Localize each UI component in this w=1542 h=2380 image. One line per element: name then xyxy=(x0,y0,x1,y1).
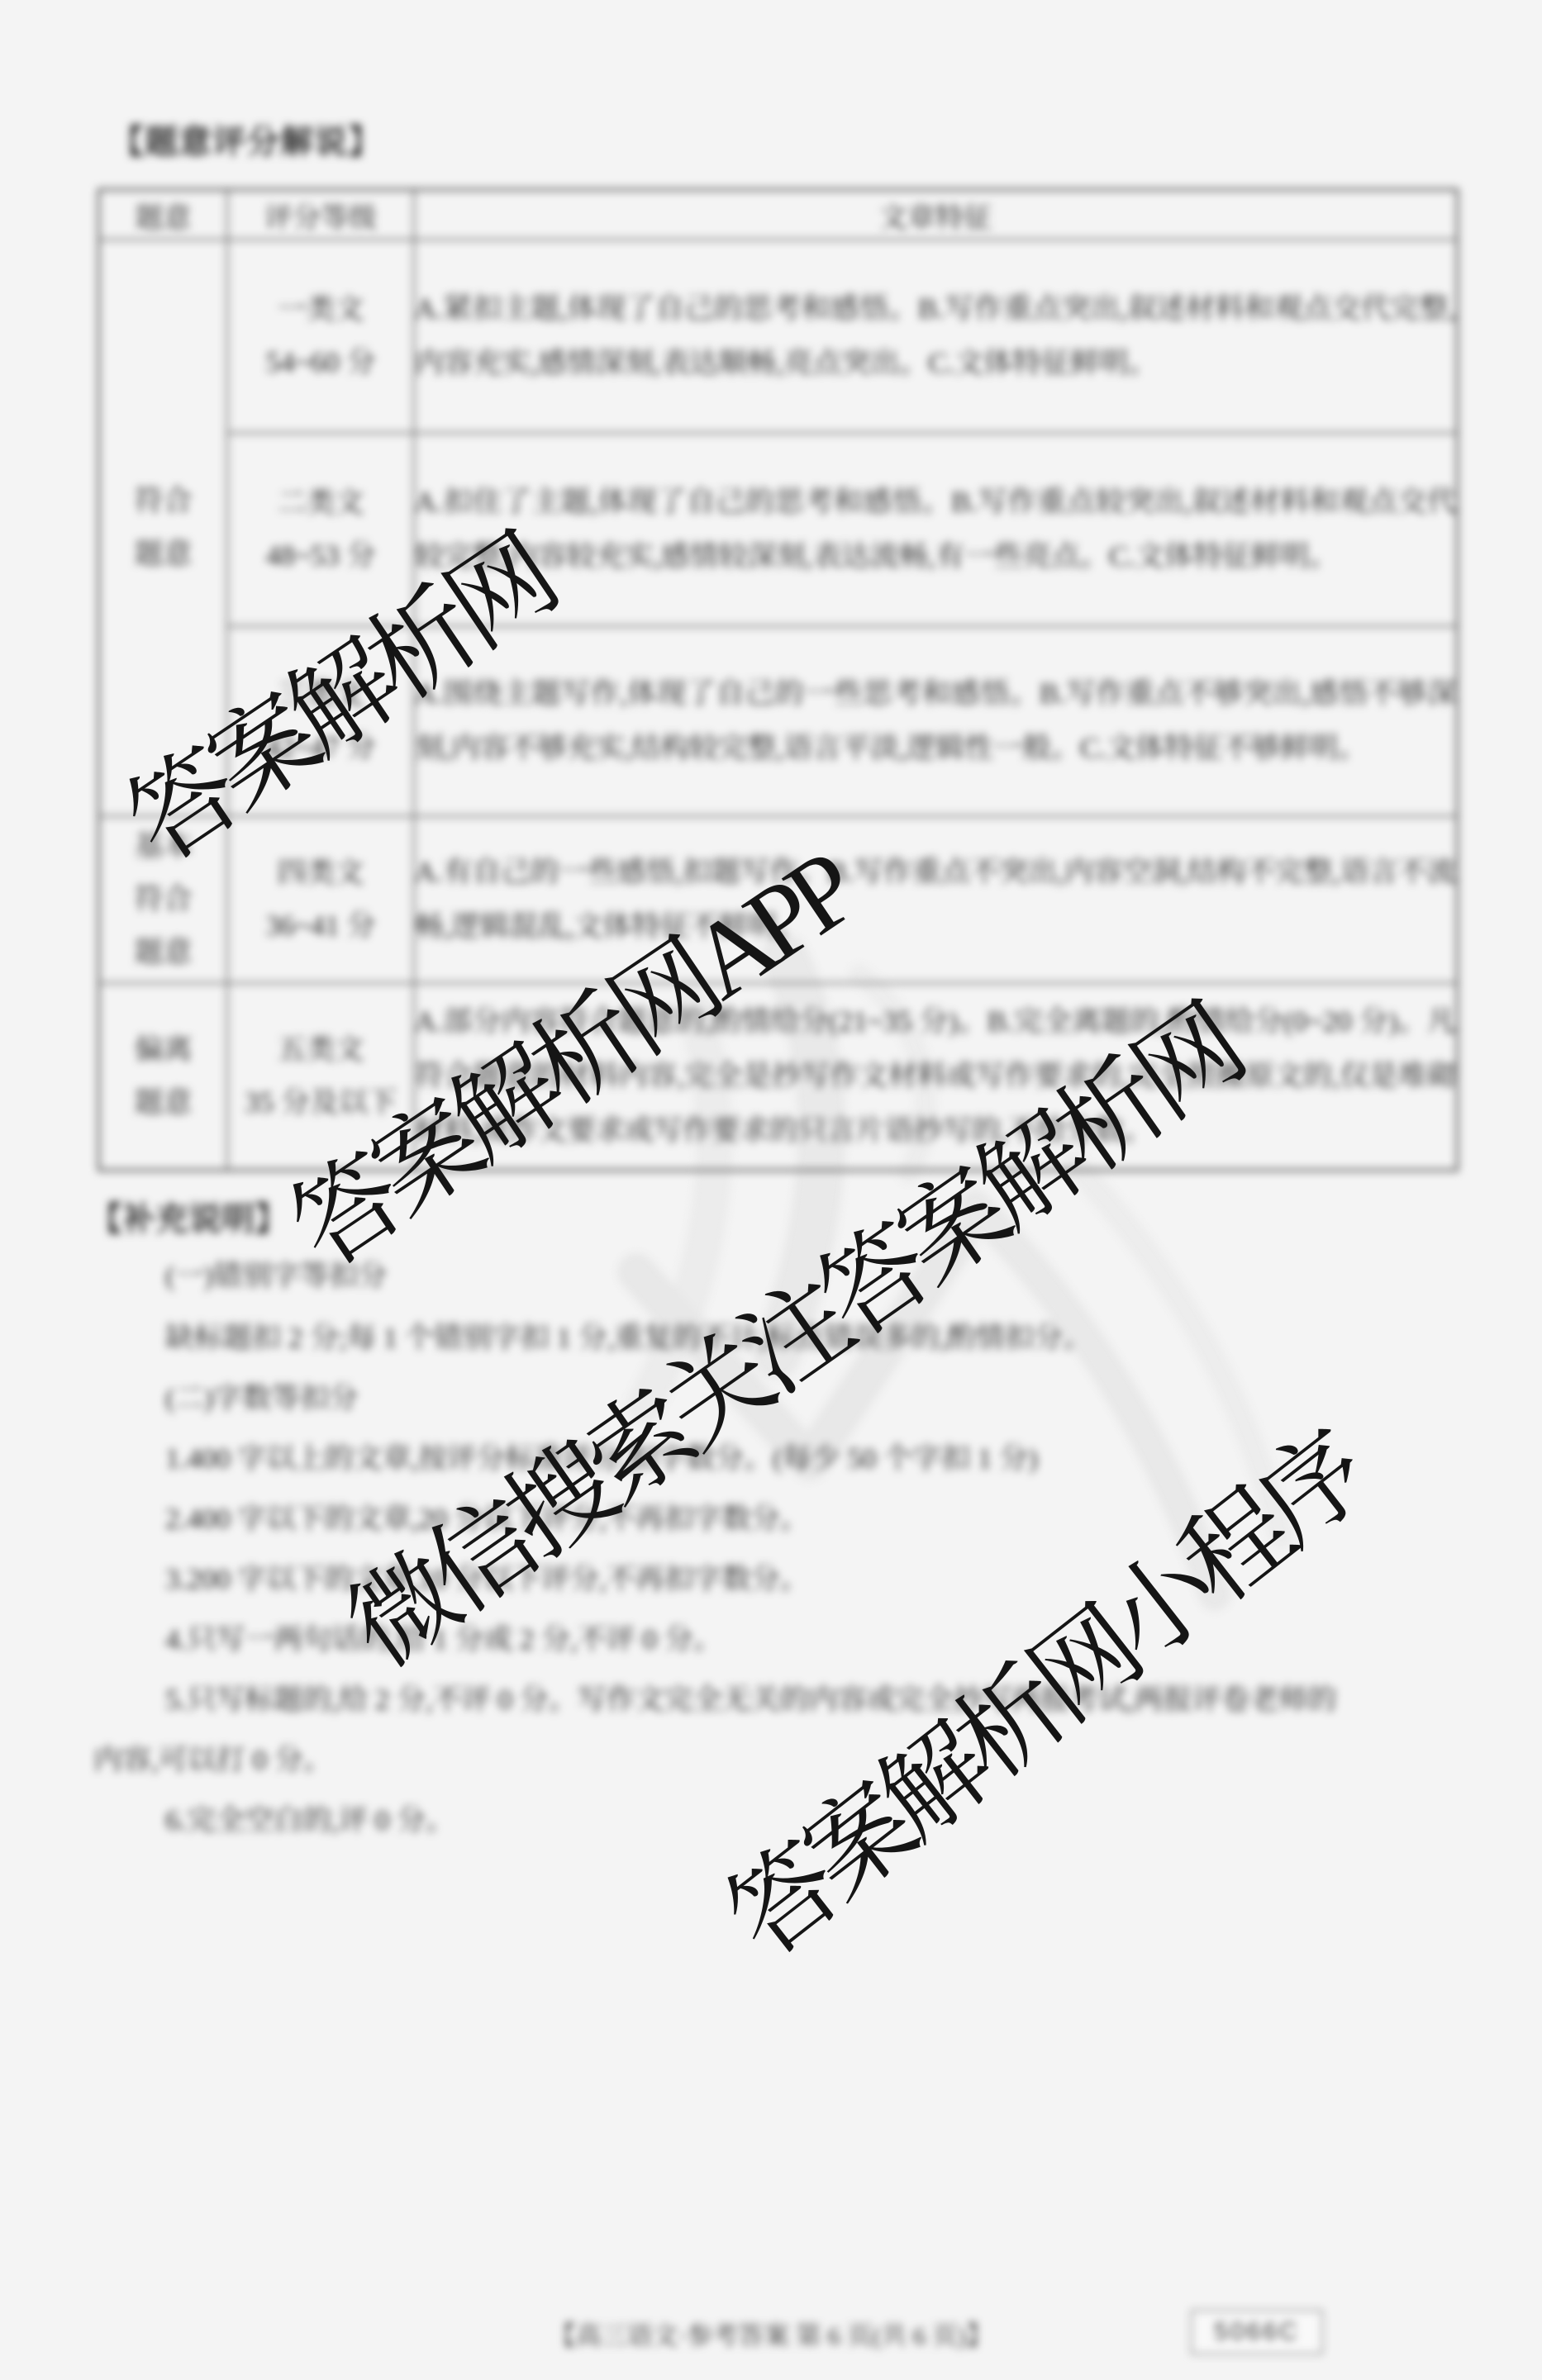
table-row: 二类文 48~53 分 A.扣住了主题,体现了自己的思考和感悟。B.写作重点较突… xyxy=(99,433,1458,626)
table-row: 符合 题意 一类文 54~60 分 A.紧扣主题,体现了自己的思考和感悟。B.写… xyxy=(99,240,1458,433)
group-label-line: 题意 xyxy=(100,528,226,581)
header-essay-features: 文章特征 xyxy=(414,190,1458,240)
group-label-line: 符合 xyxy=(100,475,226,528)
score-range: 54~60 分 xyxy=(228,336,413,389)
section-title-scoring-explanation: 【题意评分解说】 xyxy=(111,116,382,163)
supplement-line: 5.只写标题的,给 2 分,不评 0 分。写作文完全无关的内容或完全抄写两报考试… xyxy=(165,1679,1337,1721)
header-grade-level: 评分等级 xyxy=(227,190,414,240)
group-label-line: 偏离 xyxy=(100,1024,226,1076)
supplement-line: (二)字数等扣分 xyxy=(165,1378,358,1419)
blurred-document-layer: 【题意评分解说】 题意 评分等级 文章特征 符合 题意 一类文 54~60 分 xyxy=(0,0,1542,2380)
score-range: 36~41 分 xyxy=(228,900,413,952)
supplement-line: 缺标题扣 2 分;每 1 个错别字扣 1 分,重复的不计,标点错误多的,酌情扣分… xyxy=(165,1318,1092,1359)
score-range: 48~53 分 xyxy=(228,530,413,582)
group-label-line: 题意 xyxy=(100,926,226,979)
grade-cell-class2: 二类文 48~53 分 xyxy=(227,433,414,626)
grade-name: 四类文 xyxy=(228,847,413,900)
table-header-row: 题意 评分等级 文章特征 xyxy=(99,190,1458,240)
grade-cell-class1: 一类文 54~60 分 xyxy=(227,240,414,433)
supplement-line: 6.完全空白的,评 0 分。 xyxy=(165,1800,455,1841)
features-cell: A.围绕主题写作,体现了自己的一些思考和感悟。B.写作重点不够突出,感悟不够深刻… xyxy=(414,626,1458,816)
supplement-line: 内容,可以打 0 分。 xyxy=(93,1740,332,1781)
grade-cell-class4: 四类文 36~41 分 xyxy=(227,816,414,983)
grade-name: 二类文 xyxy=(228,477,413,530)
group-label-line: 题意 xyxy=(100,1076,226,1129)
paper-code-badge: 5066C xyxy=(1191,2310,1323,2354)
paper-code: 5066C xyxy=(1214,2318,1299,2346)
group-label-off-topic: 偏离 题意 xyxy=(99,983,228,1170)
grade-name: 五类文 xyxy=(228,1024,413,1076)
section-title-supplementary-notes: 【补充说明】 xyxy=(89,1193,288,1240)
grade-name: 一类文 xyxy=(228,283,413,336)
header-topic: 题意 xyxy=(99,190,228,240)
features-cell: A.扣住了主题,体现了自己的思考和感悟。B.写作重点较突出,叙述材料和观点交代较… xyxy=(414,433,1458,626)
features-cell: A.紧扣主题,体现了自己的思考和感悟。B.写作重点突出,叙述材料和观点交代完整,… xyxy=(414,240,1458,433)
features-cell: A.有自己的一些感悟,扣题写作。B.写作重点不突出,内容空洞,结构不完整,语言不… xyxy=(414,816,1458,983)
scanned-answer-page: 【题意评分解说】 题意 评分等级 文章特征 符合 题意 一类文 54~60 分 xyxy=(0,0,1542,2380)
group-label-line: 符合 xyxy=(100,873,226,926)
